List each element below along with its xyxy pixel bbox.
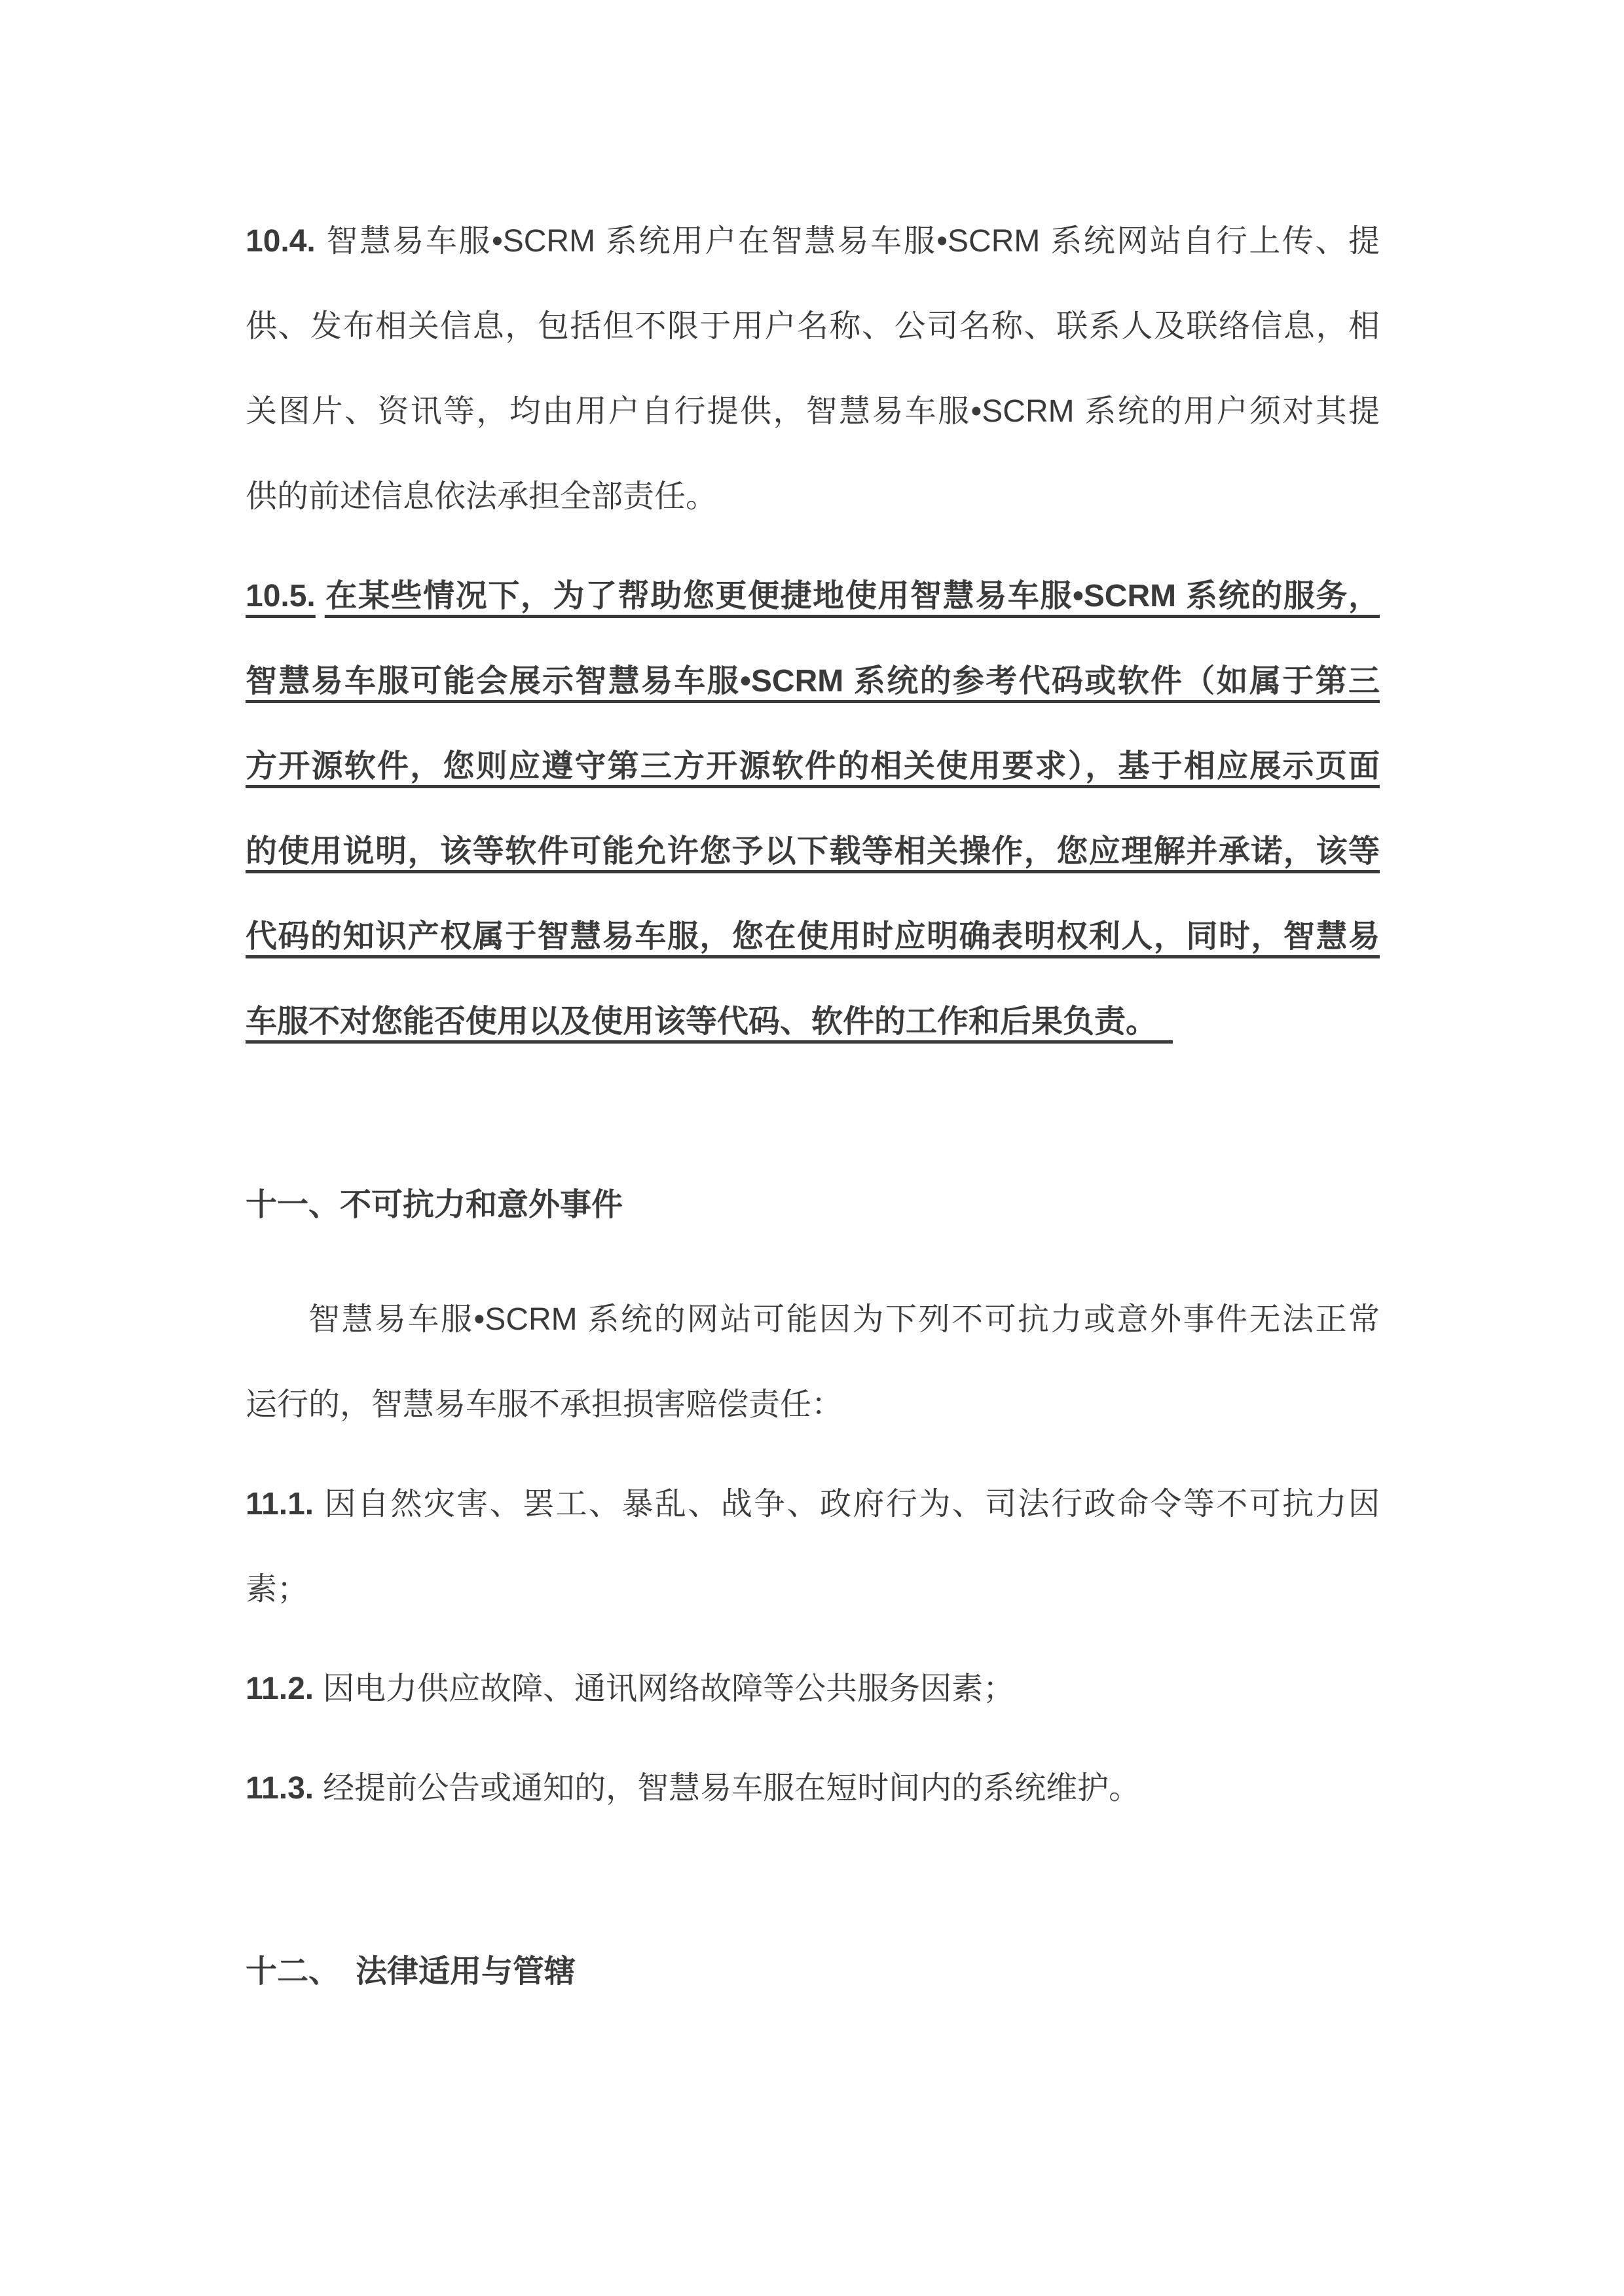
clause-number: 10.5. [246,579,316,613]
text-line: 方开源软件，您则应遵守第三方开源软件的相关使用要求），基于相应展示页面 [246,724,1380,809]
text-line: 10.4.智慧易车服•SCRM 系统用户在智慧易车服•SCRM 系统网站自行上传… [246,199,1380,284]
clause-10-4-paragraph: 10.4.智慧易车服•SCRM 系统用户在智慧易车服•SCRM 系统网站自行上传… [246,199,1380,539]
clause-10-5-paragraph: 10.5.在某些情况下，为了帮助您更便捷地使用智慧易车服•SCRM 系统的服务，… [246,554,1380,1065]
section-11-intro-paragraph: 智慧易车服•SCRM 系统的网站可能因为下列不可抗力或意外事件无法正常运行的，智… [246,1277,1380,1448]
clause-11-2-paragraph: 11.2.因电力供应故障、通讯网络故障等公共服务因素； [246,1647,1380,1732]
text-line: 供的前述信息依法承担全部责任。 [246,454,1380,539]
text-line: 的使用说明，该等软件可能允许您予以下载等相关操作，您应理解并承诺，该等 [246,809,1380,894]
document-page: 10.4.智慧易车服•SCRM 系统用户在智慧易车服•SCRM 系统网站自行上传… [0,0,1624,2296]
text-line: 代码的知识产权属于智慧易车服，您在使用时应明确表明权利人，同时，智慧易 [246,894,1380,979]
text-line: 供、发布相关信息，包括但不限于用户名称、公司名称、联系人及联络信息，相 [246,284,1380,369]
text-line: 11.1.因自然灾害、罢工、暴乱、战争、政府行为、司法行政命令等不可抗力因 [246,1462,1380,1547]
clause-number: 10.4. [246,224,316,259]
document-content: 10.4.智慧易车服•SCRM 系统用户在智慧易车服•SCRM 系统网站自行上传… [246,199,1380,2044]
text-line: 11.3.经提前公告或通知的，智慧易车服在短时间内的系统维护。 [246,1746,1380,1831]
text-line: 车服不对您能否使用以及使用该等代码、软件的工作和后果负责。 [246,979,1380,1065]
clause-number: 11.3. [246,1771,314,1806]
section-heading-governing-law: 十二、 法律适用与管辖 [246,1929,1380,2014]
text-line: 运行的，智慧易车服不承担损害赔偿责任： [246,1362,1380,1448]
clause-11-1-paragraph: 11.1.因自然灾害、罢工、暴乱、战争、政府行为、司法行政命令等不可抗力因素； [246,1462,1380,1632]
text-line: 智慧易车服可能会展示智慧易车服•SCRM 系统的参考代码或软件（如属于第三 [246,639,1380,724]
text-line: 关图片、资讯等，均由用户自行提供，智慧易车服•SCRM 系统的用户须对其提 [246,369,1380,454]
text-line: 10.5.在某些情况下，为了帮助您更便捷地使用智慧易车服•SCRM 系统的服务， [246,554,1380,639]
text-line: 智慧易车服•SCRM 系统的网站可能因为下列不可抗力或意外事件无法正常 [246,1277,1380,1362]
clause-11-3-paragraph: 11.3.经提前公告或通知的，智慧易车服在短时间内的系统维护。 [246,1746,1380,1831]
text-line: 11.2.因电力供应故障、通讯网络故障等公共服务因素； [246,1647,1380,1732]
clause-number: 11.2. [246,1671,314,1706]
clause-number: 11.1. [246,1487,314,1522]
text-line: 素； [246,1547,1380,1632]
section-heading-force-majeure: 十一、不可抗力和意外事件 [246,1163,1380,1248]
